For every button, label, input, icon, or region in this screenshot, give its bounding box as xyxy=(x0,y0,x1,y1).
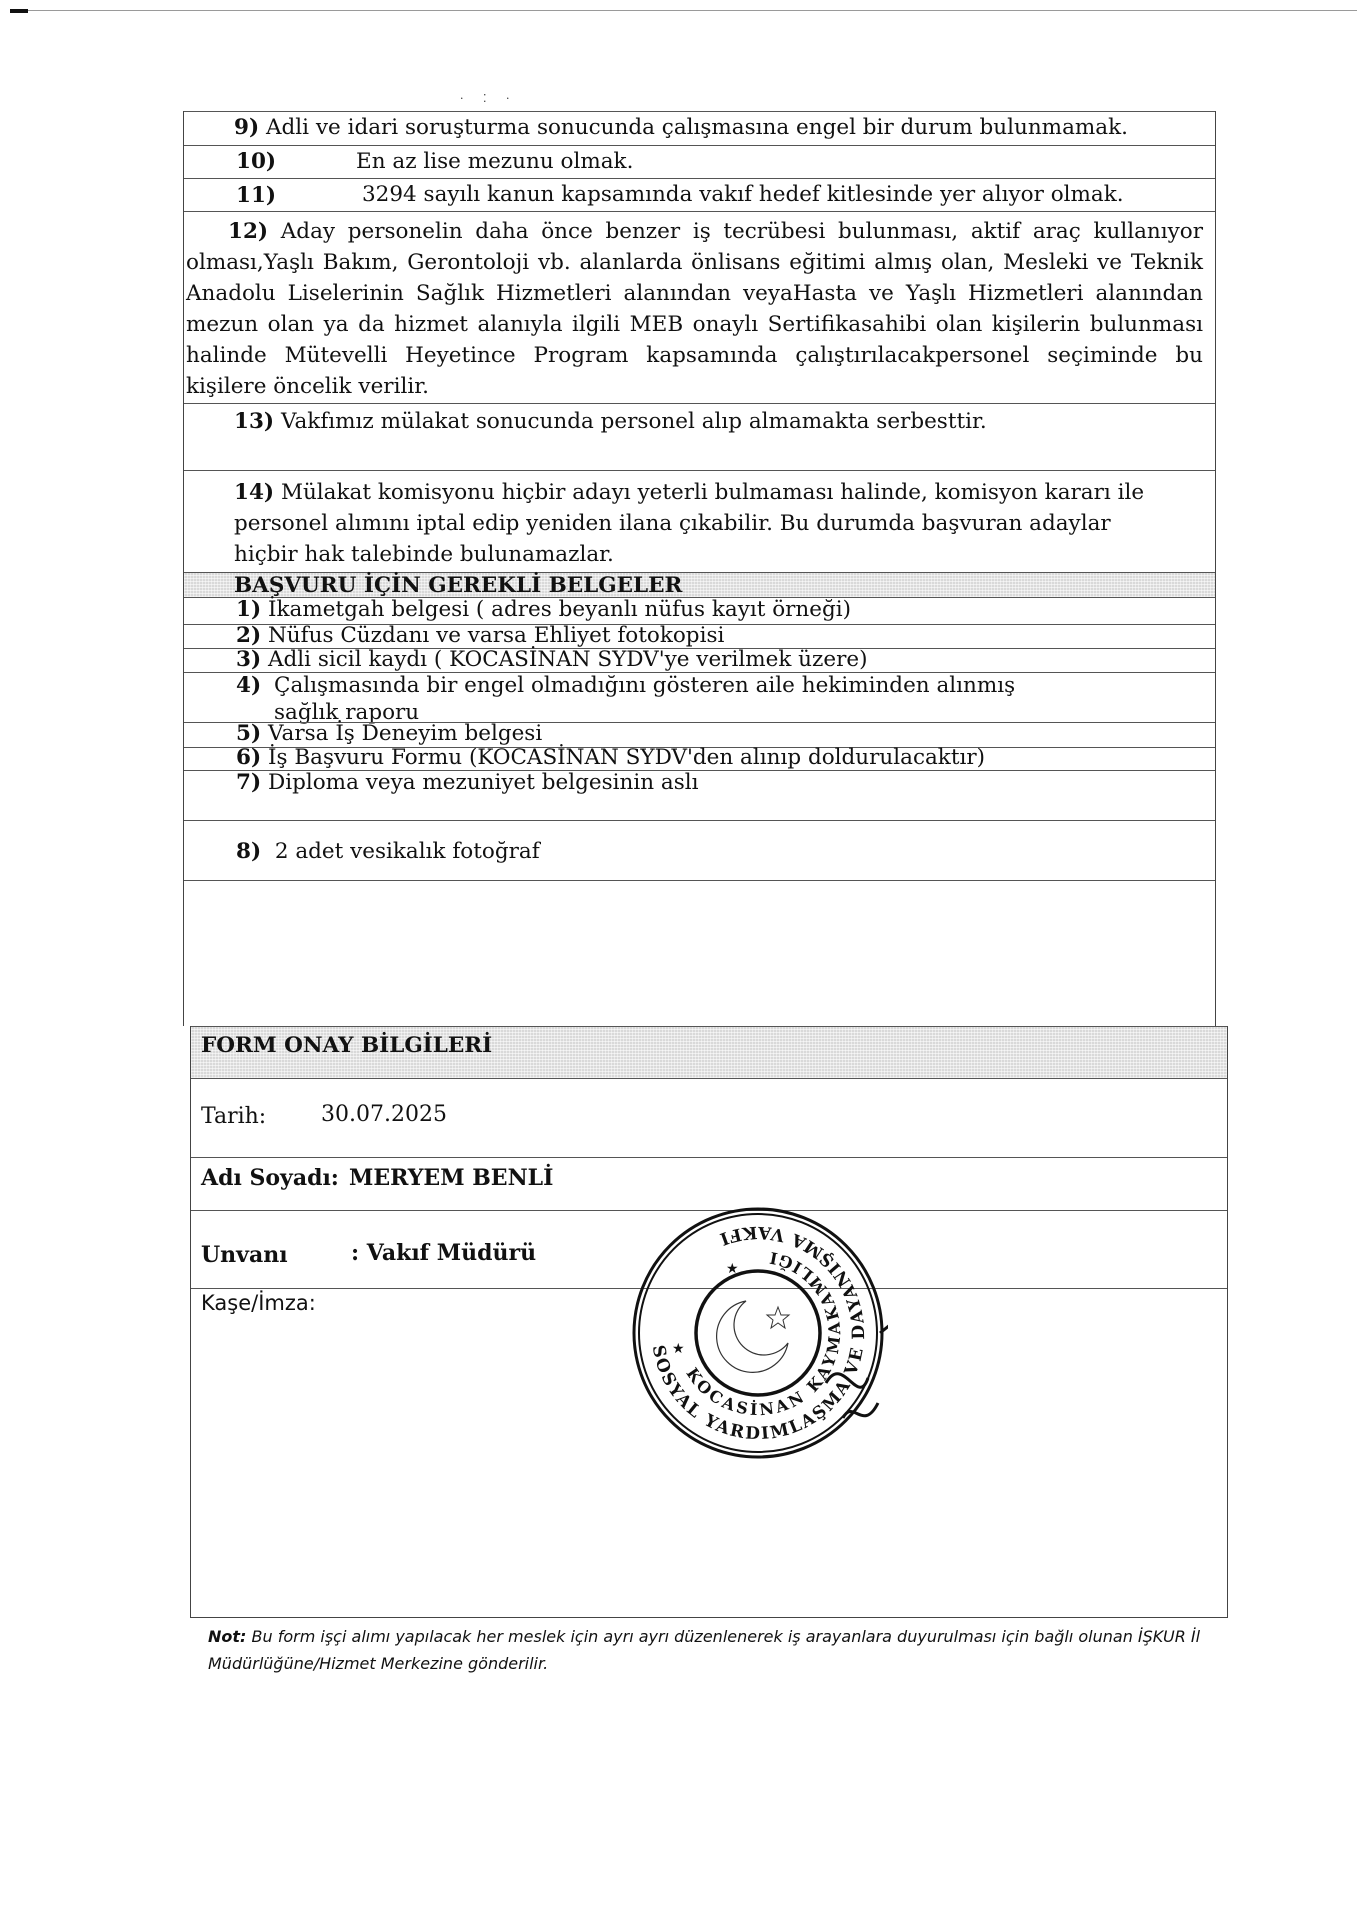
requirement-row-13: 13) Vakfımız mülakat sonucunda personel … xyxy=(184,403,1215,470)
blank-row xyxy=(184,880,1215,1026)
approval-section-title: FORM ONAY BİLGİLERİ xyxy=(201,1033,492,1059)
title-value: : Vakıf Müdürü xyxy=(351,1239,536,1267)
document-item-8: 8) 2 adet vesikalık fotoğraf xyxy=(184,820,1215,880)
footer-note: Not: Bu form işçi alımı yapılacak her me… xyxy=(208,1623,1258,1677)
scan-dots: · ⁚ · xyxy=(460,92,517,105)
name-label: Adı Soyadı: xyxy=(201,1164,339,1192)
svg-text:★: ★ xyxy=(672,1341,685,1357)
requirement-row-14: 14) Mülakat komisyonu hiçbir adayı yeter… xyxy=(184,470,1215,572)
documents-section-header: BAŞVURU İÇİN GEREKLİ BELGELER xyxy=(184,572,1215,597)
requirement-text: 3294 sayılı kanun kapsamında vakıf hedef… xyxy=(362,181,1124,209)
requirement-row-11: 11) 3294 sayılı kanun kapsamında vakıf h… xyxy=(184,178,1215,211)
title-label: Unvanı xyxy=(201,1241,288,1269)
document-item-6: 6) İş Başvuru Formu (KOCASİNAN SYDV'den … xyxy=(184,747,1215,770)
official-stamp-icon: SOSYAL YARDIMLAŞMA VE DAYANIŞMA VAKFI KO… xyxy=(628,1203,888,1463)
requirement-text: En az lise mezunu olmak. xyxy=(356,148,633,176)
svg-text:★: ★ xyxy=(726,1261,739,1277)
date-row: Tarih: 30.07.2025 xyxy=(191,1078,1227,1157)
requirement-row-12: 12) Aday personelin daha önce benzer iş … xyxy=(184,211,1215,403)
approval-section-header: FORM ONAY BİLGİLERİ xyxy=(191,1026,1227,1078)
seal-label: Kaşe/İmza: xyxy=(201,1289,316,1317)
name-value: MERYEM BENLİ xyxy=(349,1164,553,1192)
document-item-7: 7) Diploma veya mezuniyet belgesinin asl… xyxy=(184,770,1215,820)
requirement-text: Vakfımız mülakat sonucunda personel alıp… xyxy=(281,409,987,434)
requirement-text: Adli ve idari soruşturma sonucunda çalış… xyxy=(266,115,1128,140)
requirements-table: 9) Adli ve idari soruşturma sonucunda ça… xyxy=(183,111,1216,1026)
document-item-2: 2) Nüfus Cüzdanı ve varsa Ehliyet fotoko… xyxy=(184,624,1215,648)
requirement-text: Mülakat komisyonu hiçbir adayı yeterli b… xyxy=(234,480,1144,567)
scan-mark xyxy=(10,9,28,13)
note-text: Bu form işçi alımı yapılacak her meslek … xyxy=(208,1627,1200,1673)
scan-top-edge xyxy=(10,10,1357,11)
requirement-row-9: 9) Adli ve idari soruşturma sonucunda ça… xyxy=(184,111,1215,145)
requirement-text: Aday personelin daha önce benzer iş tecr… xyxy=(186,219,1203,399)
document-item-1: 1) İkametgah belgesi ( adres beyanlı nüf… xyxy=(184,597,1215,624)
note-label: Not: xyxy=(208,1627,246,1646)
date-label: Tarih: xyxy=(201,1103,266,1131)
requirement-row-10: 10) En az lise mezunu olmak. xyxy=(184,145,1215,178)
document-item-3: 3) Adli sicil kaydı ( KOCASİNAN SYDV'ye … xyxy=(184,648,1215,672)
document-item-4: 4) Çalışmasında bir engel olmadığını gös… xyxy=(184,672,1215,722)
date-value: 30.07.2025 xyxy=(321,1101,447,1129)
